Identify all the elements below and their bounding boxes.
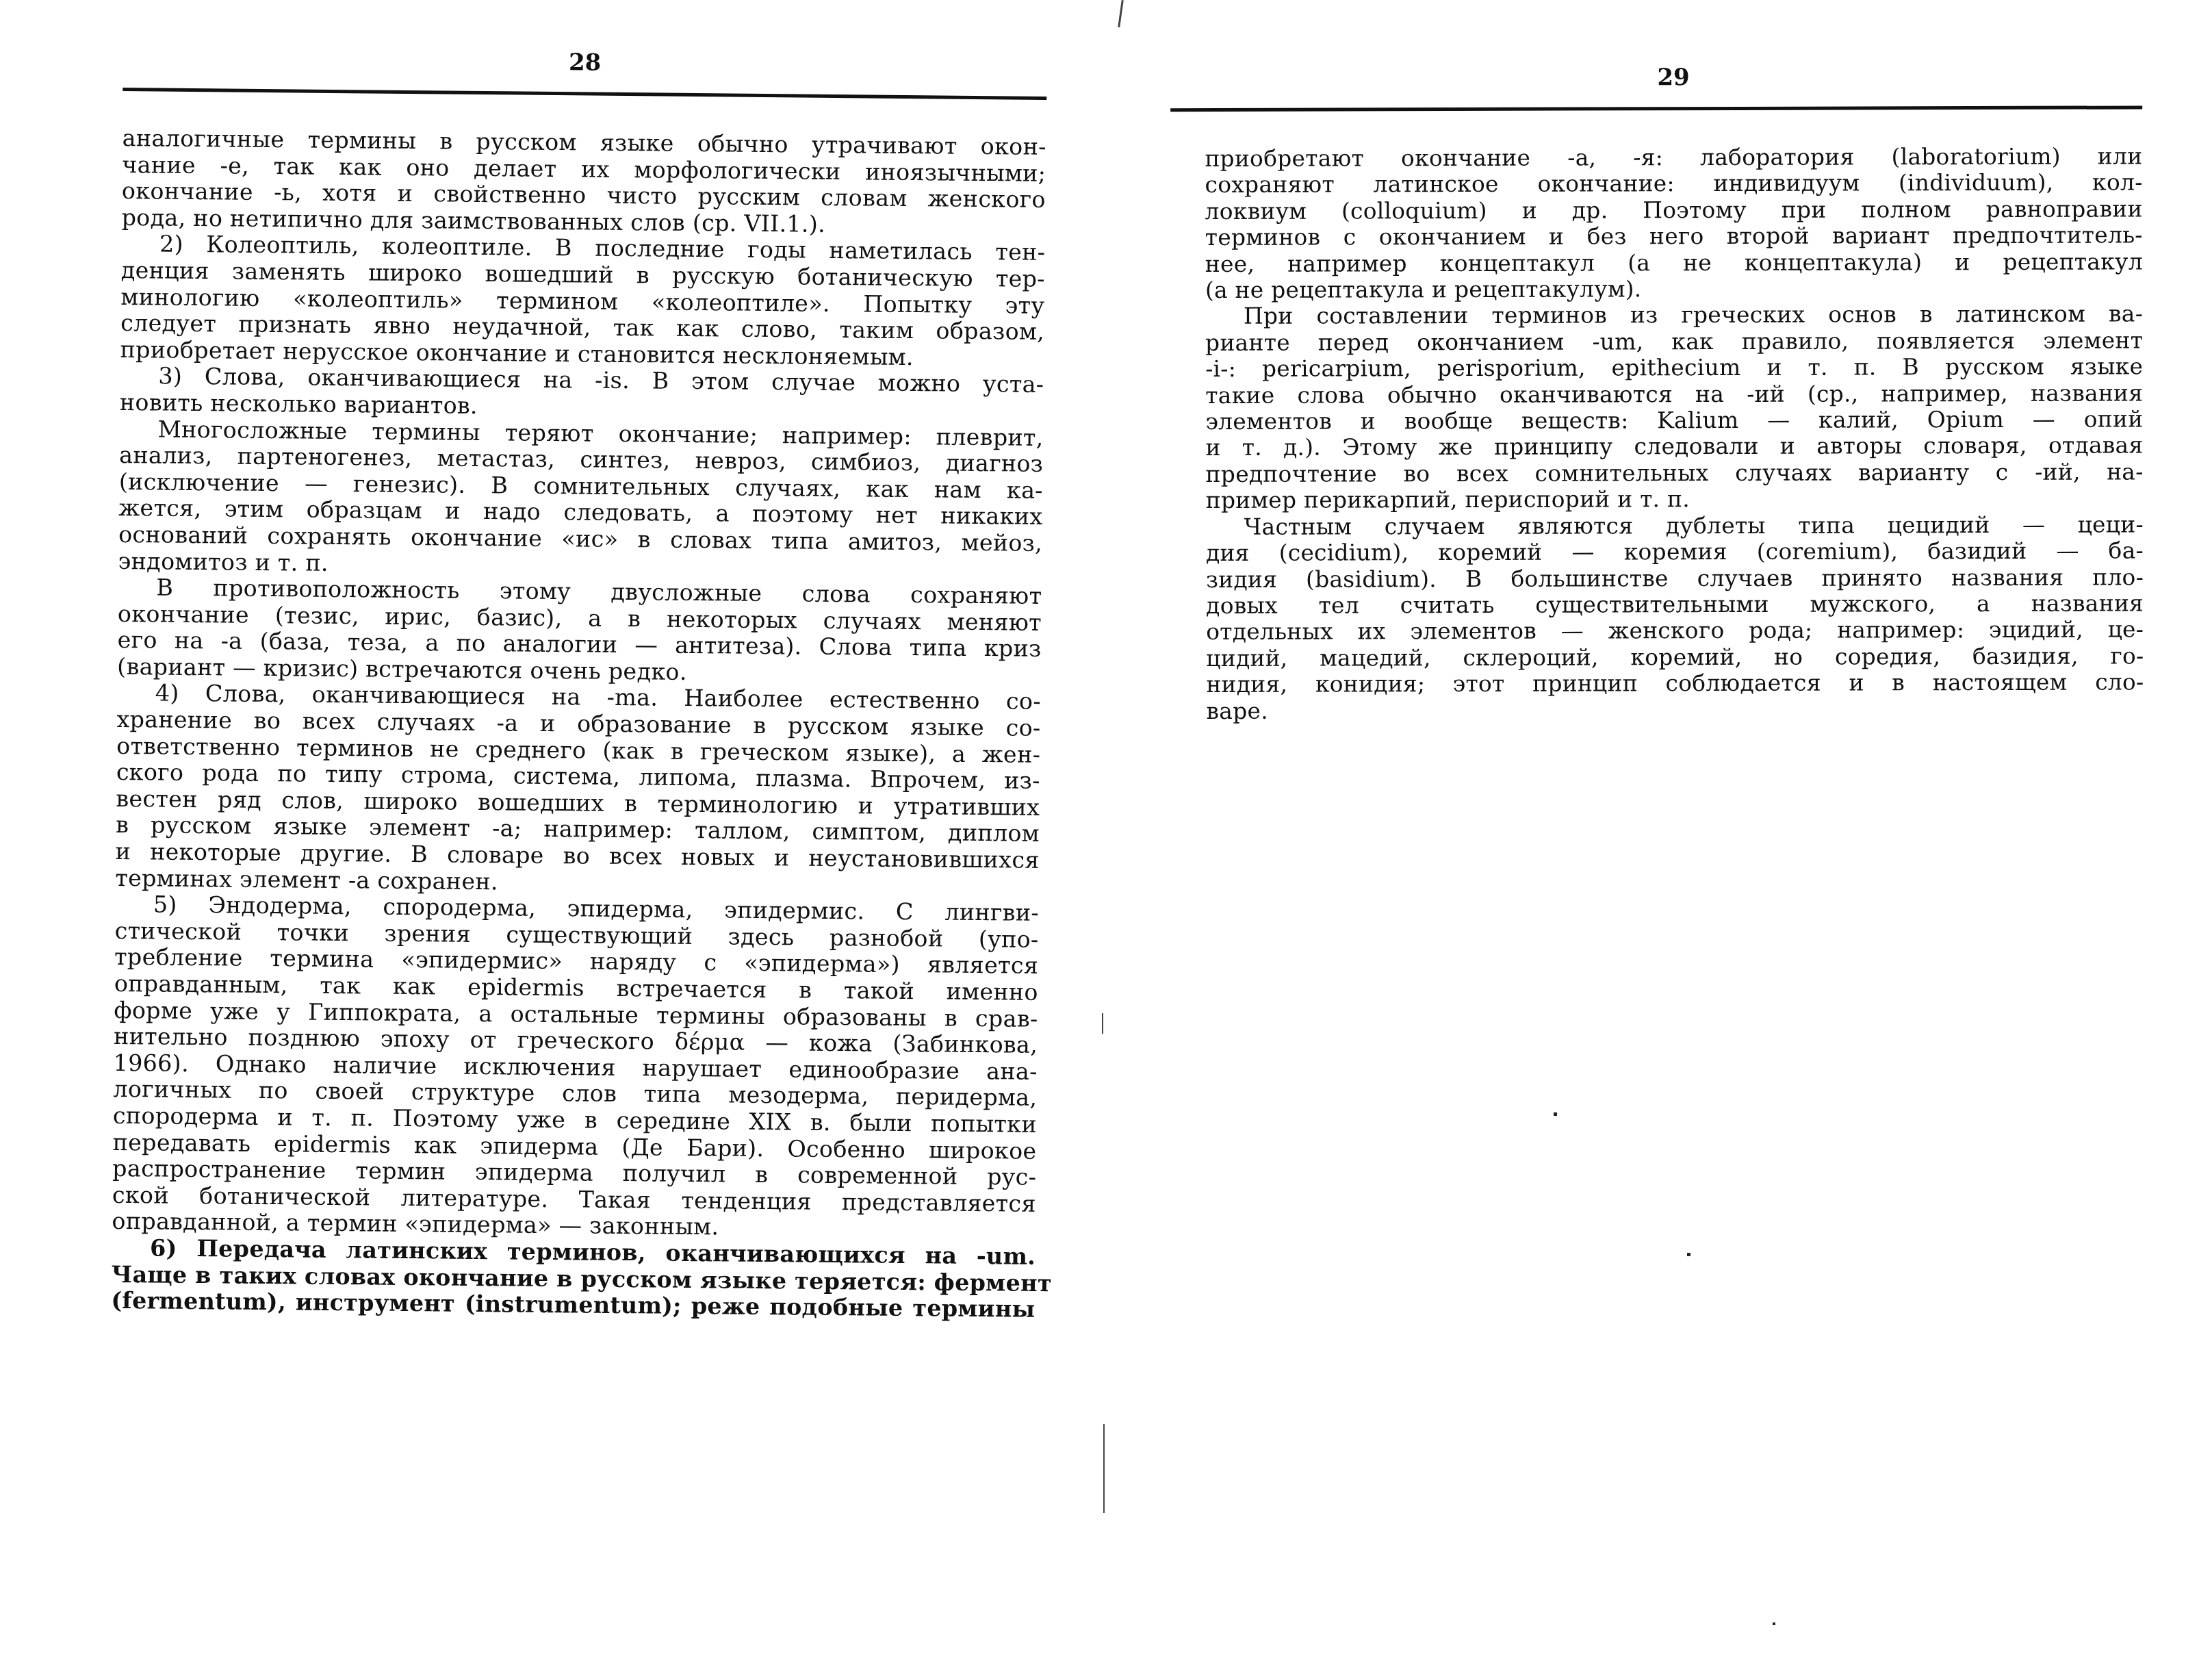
text-line: элементов и вообще веществ: Kalium — кал…	[1205, 406, 2143, 435]
text-line: сохраняют латинское окончание: индивидуу…	[1205, 170, 2142, 199]
left-page-body: аналогичные термины в русском языке обыч…	[111, 125, 1046, 1323]
right-page: 29 приобретают окончание -а, -я: лаборат…	[1205, 59, 2144, 724]
left-page: 28 аналогичные термины в русском языке о…	[111, 41, 1047, 1323]
text-line: рианте перед окончанием -um, как правило…	[1205, 327, 2143, 356]
scan-speck	[1687, 1253, 1690, 1256]
text-line: терминов с окончанием и без него второй …	[1205, 222, 2143, 251]
text-line: дия (cecidium), коремий — коремия (corem…	[1206, 538, 2144, 567]
text-line: довых тел считать существительными мужск…	[1206, 590, 2144, 619]
text-line: нидия, конидия; этот принцип соблюдается…	[1206, 670, 2144, 698]
text-line: зидия (basidium). В большинстве случаев …	[1206, 564, 2144, 593]
text-line: отдельных их элементов — женского рода; …	[1206, 617, 2144, 646]
text-line: Частным случаем являются дублеты типа це…	[1206, 511, 2144, 540]
gutter-mark	[1102, 1013, 1103, 1034]
gutter-mark	[1118, 0, 1124, 27]
text-line: локвиум (colloquium) и др. Поэтому при п…	[1205, 196, 2143, 225]
right-page-body: приобретают окончание -а, -я: лаборатори…	[1205, 143, 2144, 724]
text-line: приобретают окончание -а, -я: лаборатори…	[1205, 143, 2142, 172]
text-line: (а не рецептакула и рецептакулум).	[1205, 275, 2143, 303]
gutter-mark	[1103, 1424, 1105, 1513]
text-line: предпочтение во всех сомнительных случая…	[1206, 459, 2144, 487]
text-line: пример перикарпий, периспорий и т. п.	[1206, 485, 2144, 514]
text-line: -i-: pericarpium, perisporium, epitheciu…	[1205, 354, 2143, 383]
text-line: варе.	[1206, 696, 2144, 724]
header-rule-left	[123, 88, 1046, 100]
text-line: При составлении терминов из греческих ос…	[1205, 301, 2143, 330]
header-rule-right	[1170, 105, 2142, 112]
text-line: нее, например концептакул (а не концепта…	[1205, 249, 2143, 277]
scan-speck	[1773, 1622, 1775, 1625]
page-number-right: 29	[1205, 59, 2142, 96]
text-line: такие слова обычно оканчиваются на -ий (…	[1205, 380, 2143, 409]
page-number-left: 28	[123, 41, 1047, 84]
text-line: и т. д.). Этому же принципу следовали и …	[1205, 433, 2143, 461]
text-line: цидий, мацедий, склероций, коремий, но с…	[1206, 643, 2144, 672]
scan-speck	[1554, 1112, 1557, 1116]
